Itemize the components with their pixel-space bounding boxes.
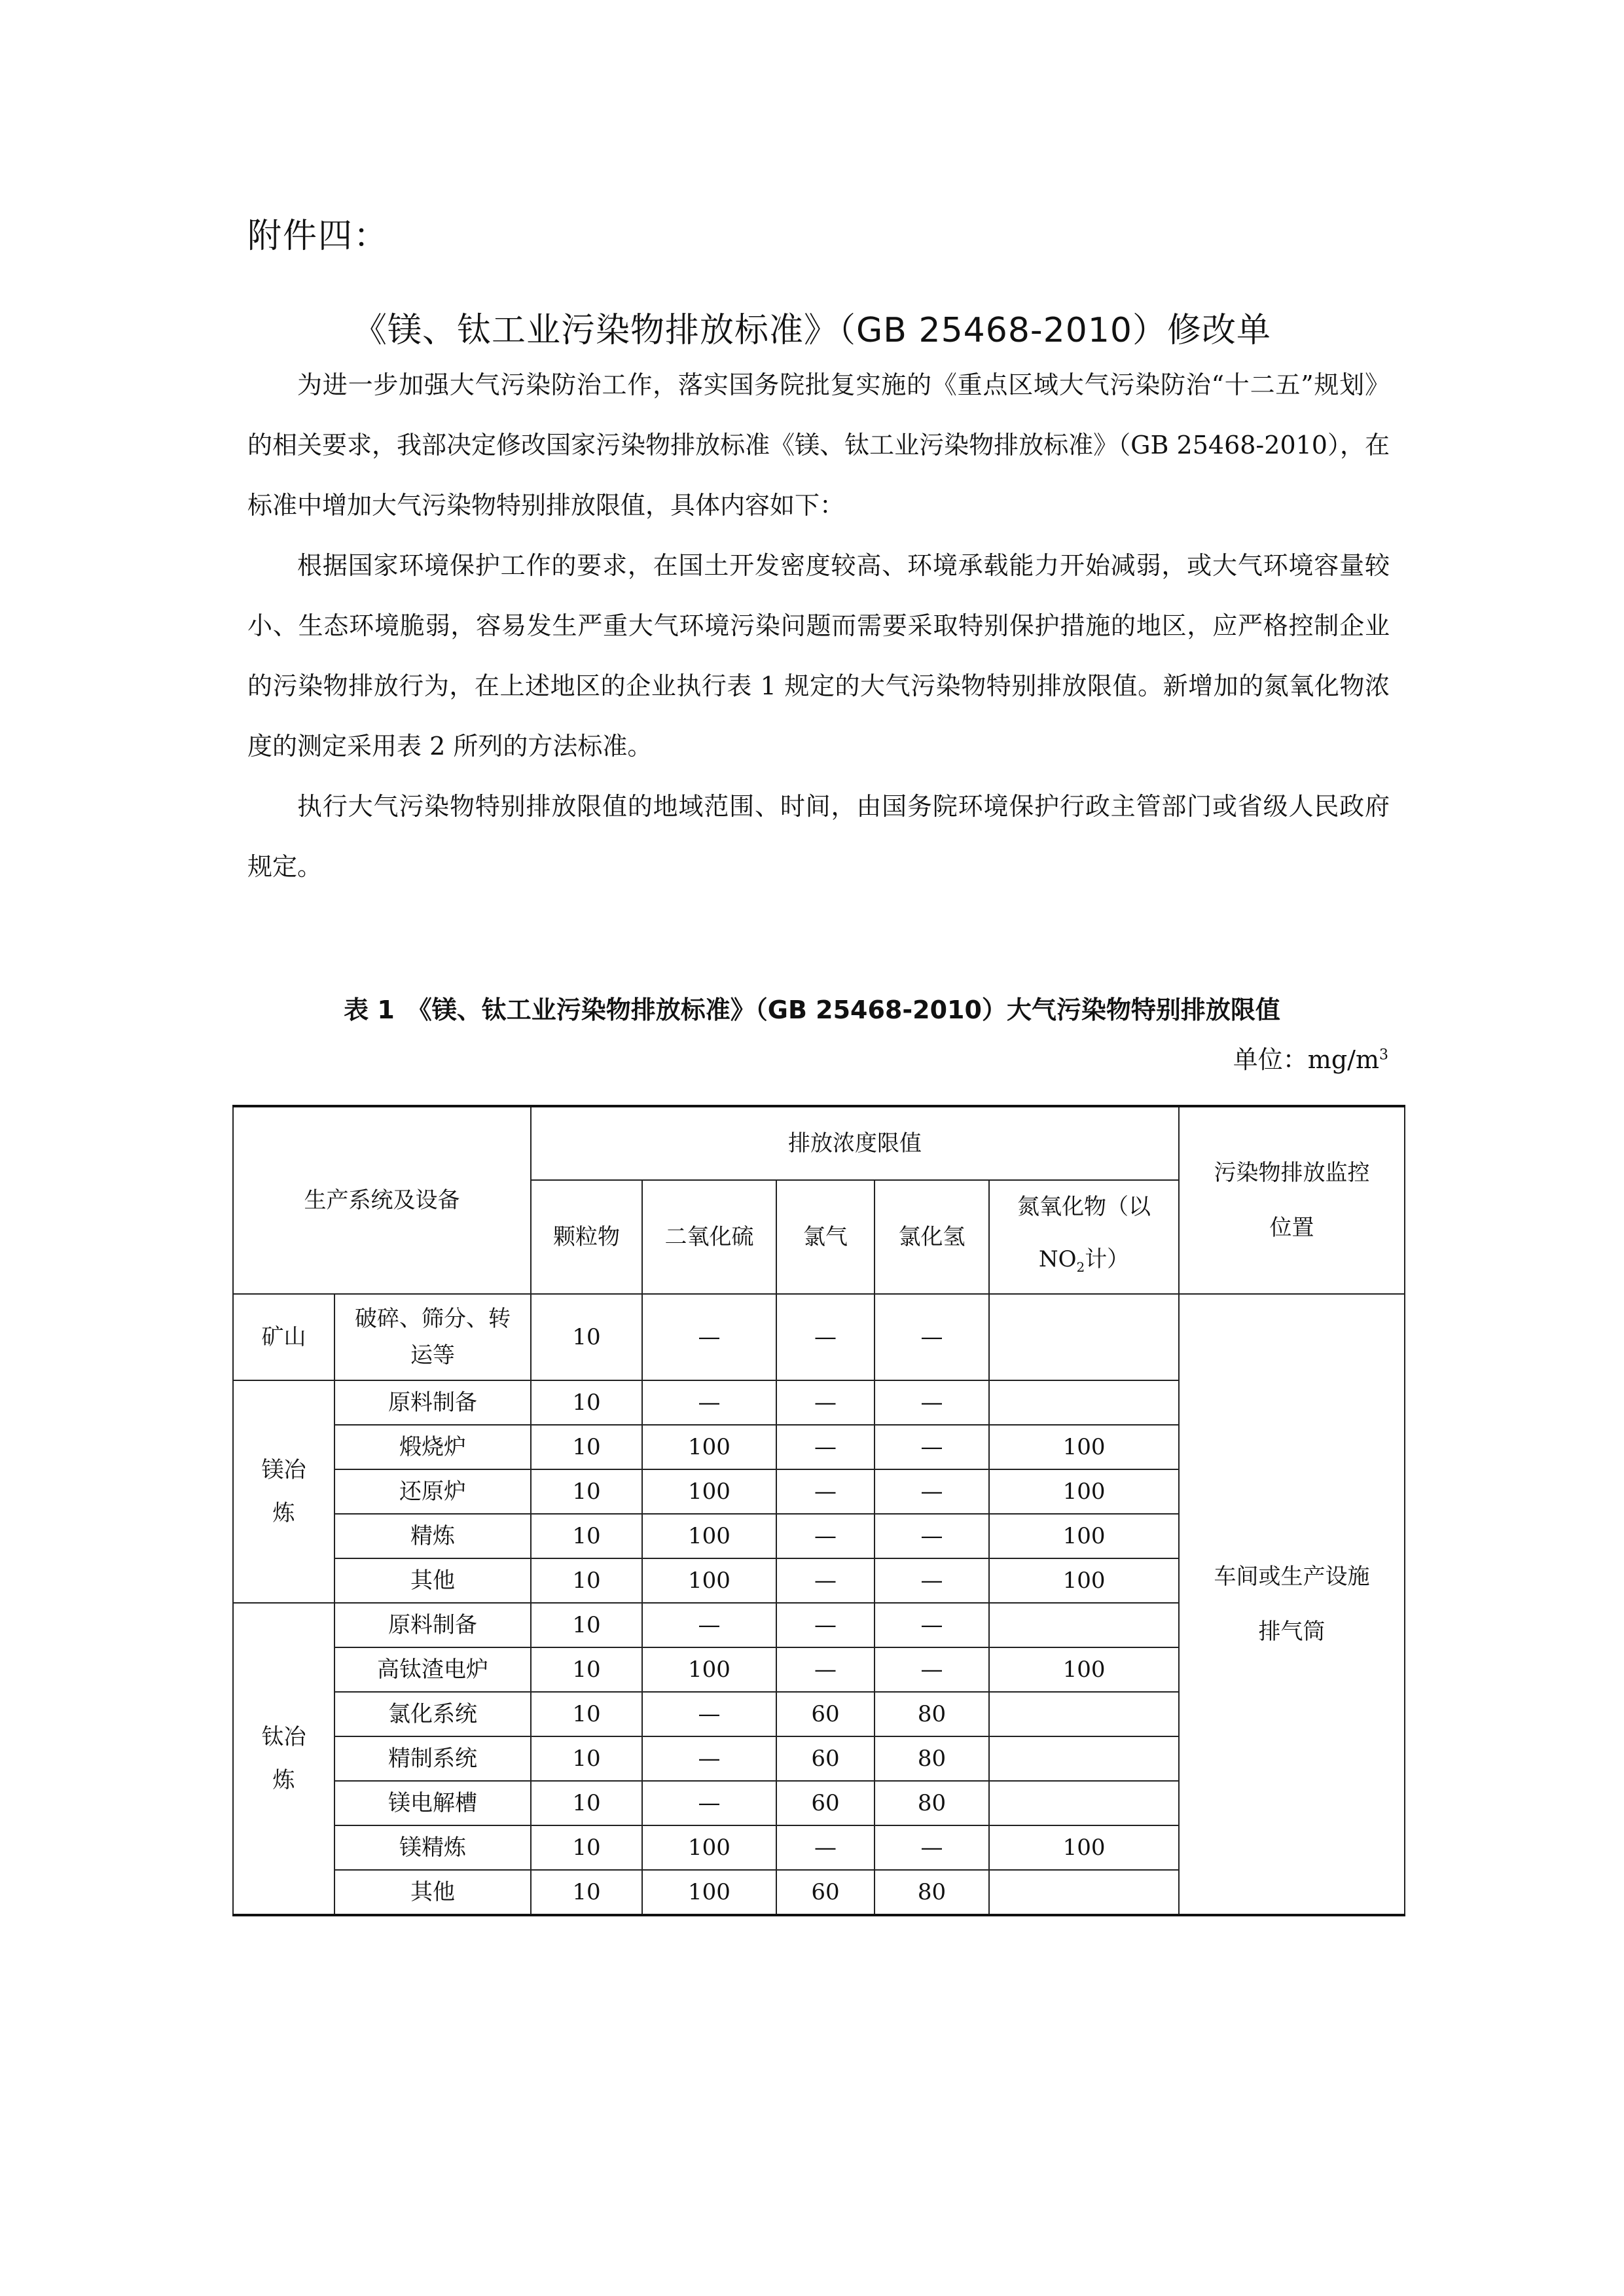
nox-cell: 100 [989, 1425, 1179, 1469]
nox-cell [989, 1294, 1179, 1380]
hcl-cell: 80 [875, 1692, 989, 1736]
cl2-cell: — [776, 1825, 875, 1870]
nox-cell: 100 [989, 1558, 1179, 1603]
equipment-cell: 其他 [334, 1558, 531, 1603]
so2-cell: 100 [642, 1825, 776, 1870]
header-limits-group: 排放浓度限值 [531, 1106, 1179, 1180]
hcl-cell: — [875, 1380, 989, 1425]
cl2-cell: 60 [776, 1692, 875, 1736]
hcl-cell: — [875, 1514, 989, 1558]
so2-cell: — [642, 1736, 776, 1781]
so2-cell: 100 [642, 1514, 776, 1558]
nox-cell [989, 1870, 1179, 1915]
nox-cell [989, 1781, 1179, 1825]
pm-cell: 10 [531, 1380, 642, 1425]
header-cl2: 氯气 [776, 1180, 875, 1294]
cl2-cell: — [776, 1514, 875, 1558]
header-hcl: 氯化氢 [875, 1180, 989, 1294]
hcl-cell: — [875, 1425, 989, 1469]
hcl-cell: — [875, 1647, 989, 1692]
cl2-cell: 60 [776, 1870, 875, 1915]
pm-cell: 10 [531, 1692, 642, 1736]
equipment-cell: 其他 [334, 1870, 531, 1915]
cl2-cell: — [776, 1647, 875, 1692]
equipment-cell: 破碎、筛分、转运等 [334, 1294, 531, 1380]
hcl-cell: 80 [875, 1736, 989, 1781]
cl2-cell: 60 [776, 1781, 875, 1825]
equipment-cell: 原料制备 [334, 1603, 531, 1647]
paragraph-scope: 根据国家环境保护工作的要求，在国土开发密度较高、环境承载能力开始减弱，或大气环境… [247, 535, 1390, 776]
header-system-equipment: 生产系统及设备 [233, 1106, 531, 1294]
so2-cell: 100 [642, 1469, 776, 1514]
nox-cell [989, 1380, 1179, 1425]
equipment-cell: 氯化系统 [334, 1692, 531, 1736]
nox-cell: 100 [989, 1825, 1179, 1870]
nox-cell: 100 [989, 1514, 1179, 1558]
equipment-cell: 还原炉 [334, 1469, 531, 1514]
so2-cell: — [642, 1781, 776, 1825]
equipment-cell: 镁电解槽 [334, 1781, 531, 1825]
group-ti: 钛冶炼 [233, 1603, 334, 1915]
nox-cell [989, 1603, 1179, 1647]
table-caption: 表 1 《镁、钛工业污染物排放标准》（GB 25468-2010）大气污染物特别… [0, 990, 1624, 1026]
cl2-cell: — [776, 1380, 875, 1425]
so2-cell: — [642, 1603, 776, 1647]
paragraph-intro: 为进一步加强大气污染防治工作，落实国务院批复实施的《重点区域大气污染防治“十二五… [247, 355, 1390, 535]
group-mine: 矿山 [233, 1294, 334, 1380]
header-so2: 二氧化硫 [642, 1180, 776, 1294]
group-mg: 镁冶炼 [233, 1380, 334, 1603]
header-pm: 颗粒物 [531, 1180, 642, 1294]
so2-cell: 100 [642, 1647, 776, 1692]
header-nox: 氮氧化物（以NO2计） [989, 1180, 1179, 1294]
equipment-cell: 煅烧炉 [334, 1425, 531, 1469]
equipment-cell: 高钛渣电炉 [334, 1647, 531, 1692]
pm-cell: 10 [531, 1294, 642, 1380]
attachment-label: 附件四： [247, 208, 389, 257]
monitoring-location-cell: 车间或生产设施排气筒 [1179, 1294, 1405, 1915]
so2-cell: 100 [642, 1558, 776, 1603]
hcl-cell: 80 [875, 1870, 989, 1915]
cl2-cell: — [776, 1469, 875, 1514]
pm-cell: 10 [531, 1825, 642, 1870]
cl2-cell: 60 [776, 1736, 875, 1781]
cl2-cell: — [776, 1558, 875, 1603]
pm-cell: 10 [531, 1558, 642, 1603]
cl2-cell: — [776, 1425, 875, 1469]
pm-cell: 10 [531, 1736, 642, 1781]
pm-cell: 10 [531, 1647, 642, 1692]
hcl-cell: — [875, 1558, 989, 1603]
pm-cell: 10 [531, 1603, 642, 1647]
hcl-cell: 80 [875, 1781, 989, 1825]
nox-cell [989, 1692, 1179, 1736]
document-title: 《镁、钛工业污染物排放标准》（GB 25468-2010）修改单 [0, 302, 1624, 351]
header-monitoring-location: 污染物排放监控位置 [1179, 1106, 1405, 1294]
so2-cell: — [642, 1380, 776, 1425]
equipment-cell: 精制系统 [334, 1736, 531, 1781]
pm-cell: 10 [531, 1514, 642, 1558]
equipment-cell: 精炼 [334, 1514, 531, 1558]
paragraph-authority: 执行大气污染物特别排放限值的地域范围、时间，由国务院环境保护行政主管部门或省级人… [247, 776, 1390, 897]
so2-cell: 100 [642, 1425, 776, 1469]
header-row-1: 生产系统及设备 排放浓度限值 污染物排放监控位置 [233, 1106, 1405, 1180]
cl2-cell: — [776, 1294, 875, 1380]
pm-cell: 10 [531, 1425, 642, 1469]
nox-cell: 100 [989, 1647, 1179, 1692]
nox-cell [989, 1736, 1179, 1781]
equipment-cell: 原料制备 [334, 1380, 531, 1425]
so2-cell: — [642, 1294, 776, 1380]
pm-cell: 10 [531, 1469, 642, 1514]
hcl-cell: — [875, 1469, 989, 1514]
so2-cell: 100 [642, 1870, 776, 1915]
hcl-cell: — [875, 1294, 989, 1380]
hcl-cell: — [875, 1825, 989, 1870]
equipment-cell: 镁精炼 [334, 1825, 531, 1870]
pm-cell: 10 [531, 1781, 642, 1825]
so2-cell: — [642, 1692, 776, 1736]
unit-label: 单位：mg/m3 [1233, 1039, 1388, 1075]
hcl-cell: — [875, 1603, 989, 1647]
emission-limits-table: 生产系统及设备 排放浓度限值 污染物排放监控位置 颗粒物 二氧化硫 氯气 氯化氢… [232, 1105, 1405, 1916]
cl2-cell: — [776, 1603, 875, 1647]
nox-cell: 100 [989, 1469, 1179, 1514]
pm-cell: 10 [531, 1870, 642, 1915]
table-row: 矿山 破碎、筛分、转运等 10 — — — 车间或生产设施排气筒 [233, 1294, 1405, 1380]
